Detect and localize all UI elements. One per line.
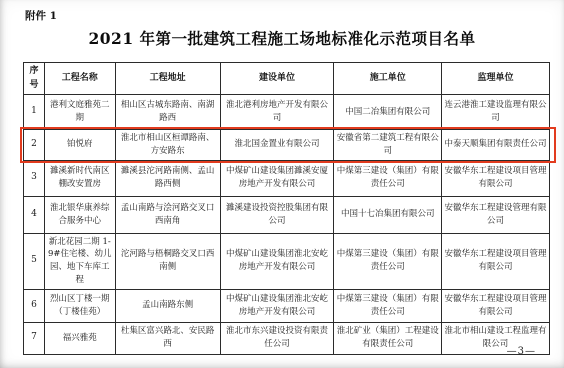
cell-project-address: 沱河路与梧桐路交叉口西南侧 xyxy=(115,233,220,289)
table-row: 6 烈山区丁楼一期（丁楼佳苑） 孟山南路东侧 中煤矿山建设集团淮北安屹房地产开发… xyxy=(24,289,550,322)
cell-no: 2 xyxy=(24,130,45,161)
cell-project-name: 港利文庭雅苑二期 xyxy=(45,95,115,130)
header-project-name: 工程名称 xyxy=(45,63,115,95)
cell-builder-unit: 淮北市东兴建设投资有限责任公司 xyxy=(220,322,334,354)
table-row: 1 港利文庭雅苑二期 相山区古城东路南、南湖路西 淮北港利房地产开发有限公司 中… xyxy=(24,95,550,130)
cell-project-name: 福兴雅苑 xyxy=(45,322,115,354)
cell-project-name: 濉溪新时代南区棚改安置房 xyxy=(45,160,115,196)
cell-project-name: 新北花园二期 1-9#住宅楼、幼儿园、地下车库工程 xyxy=(45,233,115,289)
header-builder-unit: 建设单位 xyxy=(220,63,334,95)
cell-project-name: 铂悦府 xyxy=(45,130,115,161)
cell-supervision-unit: 安徽华东工程建设项目管理有限公司 xyxy=(442,233,550,289)
cell-project-name: 烈山区丁楼一期（丁楼佳苑） xyxy=(45,289,115,322)
cell-construction-unit: 中煤第三建设（集团）有限责任公司 xyxy=(334,160,442,196)
table-body: 1 港利文庭雅苑二期 相山区古城东路南、南湖路西 淮北港利房地产开发有限公司 中… xyxy=(24,95,550,355)
cell-no: 1 xyxy=(24,95,45,130)
cell-project-address: 孟山南路东侧 xyxy=(115,289,220,322)
cell-no: 4 xyxy=(24,196,45,233)
table-row: 4 淮北银华康养综合服务中心 孟山南路与浍河路交叉口西南角 濉溪建设投资控股集团… xyxy=(24,196,550,233)
table-header-row: 序号 工程名称 工程地址 建设单位 施工单位 监理单位 xyxy=(24,63,550,95)
cell-construction-unit: 中国二冶集团有限公司 xyxy=(334,95,442,130)
page-title: 2021 年第一批建筑工程施工场地标准化示范项目名单 xyxy=(0,27,564,49)
cell-project-address: 孟山南路与浍河路交叉口西南角 xyxy=(115,196,220,233)
document-page: 附件 1 2021 年第一批建筑工程施工场地标准化示范项目名单 序号 工程名称 … xyxy=(0,0,564,368)
cell-construction-unit: 中煤第三建设（集团）有限责任公司 xyxy=(334,233,442,289)
cell-builder-unit: 濉溪建设投资控股集团有限公司 xyxy=(220,196,334,233)
header-project-address: 工程地址 xyxy=(115,63,220,95)
table-row: 5 新北花园二期 1-9#住宅楼、幼儿园、地下车库工程 沱河路与梧桐路交叉口西南… xyxy=(24,233,550,289)
table-row: 7 福兴雅苑 杜集区富兴路北、安民路西 淮北市东兴建设投资有限责任公司 淮北矿业… xyxy=(24,322,550,354)
projects-table: 序号 工程名称 工程地址 建设单位 施工单位 监理单位 1 港利文庭雅苑二期 相… xyxy=(23,62,550,355)
cell-supervision-unit: 安徽华东工程建设项目管理有限公司 xyxy=(442,160,550,196)
cell-project-name: 淮北银华康养综合服务中心 xyxy=(45,196,115,233)
cell-construction-unit: 中国十七冶集团有限公司 xyxy=(334,196,442,233)
cell-construction-unit: 中煤第三建设（集团）有限责任公司 xyxy=(334,289,442,322)
cell-builder-unit: 中煤矿山建设集团淮北安屹房地产开发有限公司 xyxy=(220,233,334,289)
header-no: 序号 xyxy=(24,63,45,95)
cell-builder-unit: 淮北港利房地产开发有限公司 xyxy=(220,95,334,130)
cell-supervision-unit: 安徽华东工程建设管理有限公司 xyxy=(442,196,550,233)
cell-no: 6 xyxy=(24,289,45,322)
cell-supervision-unit: 连云港淮工建设监理有限公司 xyxy=(442,95,550,130)
header-construction-unit: 施工单位 xyxy=(334,63,442,95)
cell-construction-unit: 安徽省第二建筑工程有限公司 xyxy=(334,130,442,161)
cell-supervision-unit: 中泰天顺集团有限责任公司 xyxy=(442,130,550,161)
header-supervision-unit: 监理单位 xyxy=(442,63,550,95)
table-row: 2 铂悦府 淮北市相山区桓谭路南、方安路东 淮北国金置业有限公司 安徽省第二建筑… xyxy=(24,130,550,161)
attachment-label: 附件 1 xyxy=(25,8,57,23)
cell-project-address: 濉溪县沱河路南侧、孟山路西侧 xyxy=(115,160,220,196)
cell-builder-unit: 中煤矿山建设集团淮北安屹房地产开发有限公司 xyxy=(220,289,334,322)
cell-no: 3 xyxy=(24,160,45,196)
cell-builder-unit: 中煤矿山建设集团濉溪安厦房地产开发有限公司 xyxy=(220,160,334,196)
cell-construction-unit: 淮北矿业（集团）工程建设有限责任公司 xyxy=(334,322,442,354)
page-number: —3— xyxy=(507,346,536,357)
table-row: 3 濉溪新时代南区棚改安置房 濉溪县沱河路南侧、孟山路西侧 中煤矿山建设集团濉溪… xyxy=(24,160,550,196)
cell-no: 5 xyxy=(24,233,45,289)
cell-project-address: 杜集区富兴路北、安民路西 xyxy=(115,322,220,354)
cell-project-address: 相山区古城东路南、南湖路西 xyxy=(115,95,220,130)
cell-no: 7 xyxy=(24,322,45,354)
cell-builder-unit: 淮北国金置业有限公司 xyxy=(220,130,334,161)
cell-project-address: 淮北市相山区桓谭路南、方安路东 xyxy=(115,130,220,161)
cell-supervision-unit: 安徽华东工程建设项目管理有限公司 xyxy=(442,289,550,322)
